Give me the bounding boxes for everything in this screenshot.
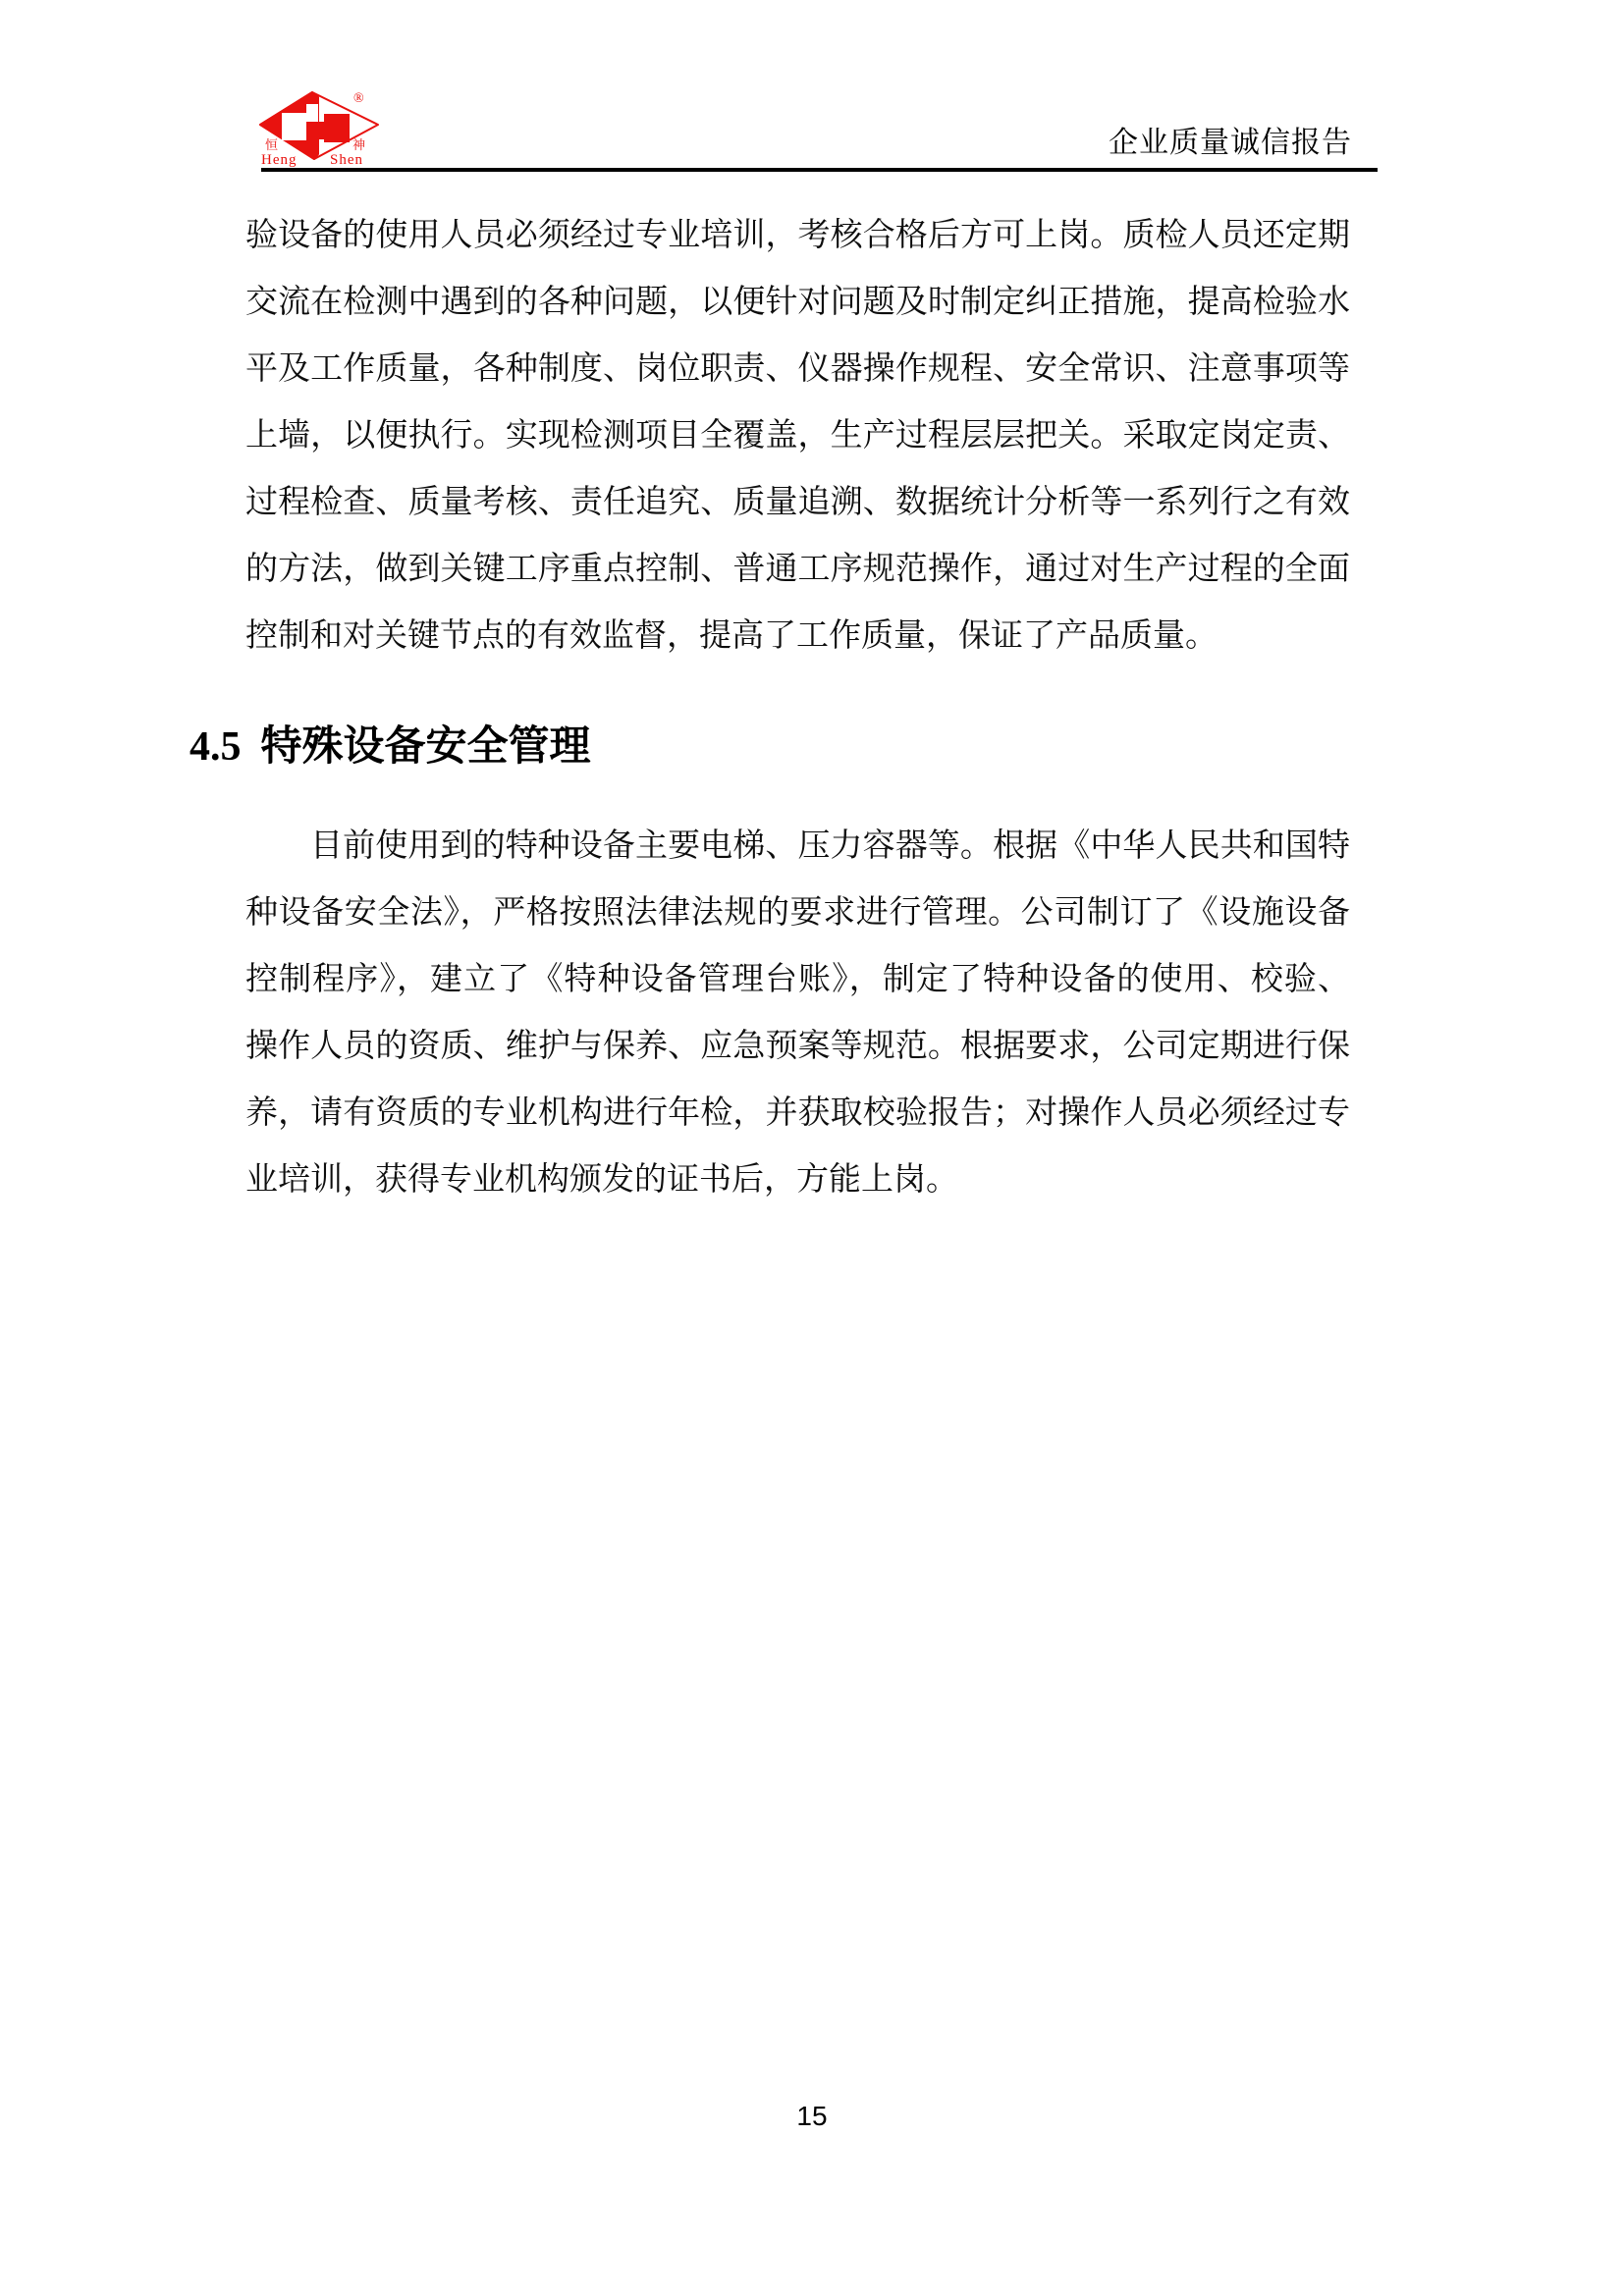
paragraph-line: 控制程序》，建立了《特种设备管理台账》，制定了特种设备的使用、校验、: [245, 946, 1350, 1013]
paragraph-line: 养，请有资质的专业机构进行年检，并获取校验报告；对操作人员必须经过专: [245, 1080, 1350, 1147]
header-rule: [261, 168, 1378, 172]
paragraph-line: 业培训，获得专业机构颁发的证书后，方能上岗。: [245, 1147, 1350, 1213]
hengshen-logo: ® 恒 神 Heng Shen: [255, 84, 385, 169]
logo-latin-heng: Heng: [261, 152, 298, 168]
paragraph-line: 控制和对关键节点的有效监督，提高了工作质量，保证了产品质量。: [245, 603, 1350, 669]
paragraph-line: 种设备安全法》，严格按照法律法规的要求进行管理。公司制订了《设施设备: [245, 880, 1350, 946]
logo-char-shen: 神: [352, 137, 365, 152]
logo-h-red-tab: [314, 122, 328, 139]
paragraph-line: 的方法，做到关键工序重点控制、普通工序规范操作，通过对生产过程的全面: [245, 536, 1350, 603]
paragraph-line: 平及工作质量，各种制度、岗位职责、仪器操作规程、安全常识、注意事项等: [245, 336, 1350, 402]
paragraph-line: 目前使用到的特种设备主要电梯、压力容器等。根据《中华人民共和国特: [245, 813, 1350, 880]
paragraph-line: 操作人员的资质、维护与保养、应急预案等规范。根据要求，公司定期进行保: [245, 1013, 1350, 1080]
document-page: ® 恒 神 Heng Shen 企业质量诚信报告 验设备的使用人员必须经过专业培…: [0, 0, 1624, 2296]
page-number: 15: [0, 2103, 1624, 2130]
paragraph-line: 过程检查、质量考核、责任追究、质量追溯、数据统计分析等一系列行之有效: [245, 469, 1350, 536]
registered-trademark-icon: ®: [353, 91, 364, 106]
paragraph-line: 上墙，以便执行。实现检测项目全覆盖，生产过程层层把关。采取定岗定责、: [245, 402, 1350, 469]
paragraph-quality-inspection: 验设备的使用人员必须经过专业培训，考核合格后方可上岗。质检人员还定期交流在检测中…: [245, 202, 1350, 669]
logo-latin-shen: Shen: [330, 152, 363, 168]
section-title: 特殊设备安全管理: [261, 724, 591, 770]
logo-h-white-tab: [306, 104, 318, 122]
paragraph-line: 交流在检测中遇到的各种问题，以便针对问题及时制定纠正措施，提高检验水: [245, 269, 1350, 336]
paragraph-special-equipment: 目前使用到的特种设备主要电梯、压力容器等。根据《中华人民共和国特种设备安全法》，…: [245, 813, 1350, 1213]
logo-h-white-square: [282, 113, 306, 140]
section-number: 4.5: [189, 724, 242, 770]
paragraph-line: 验设备的使用人员必须经过专业培训，考核合格后方可上岗。质检人员还定期: [245, 202, 1350, 269]
section-heading-4-5: 4.5特殊设备安全管理: [189, 717, 1350, 777]
header-title: 企业质量诚信报告: [1109, 127, 1352, 160]
logo-char-heng: 恒: [265, 137, 278, 152]
body-text-block: 验设备的使用人员必须经过专业培训，考核合格后方可上岗。质检人员还定期交流在检测中…: [245, 202, 1350, 1213]
